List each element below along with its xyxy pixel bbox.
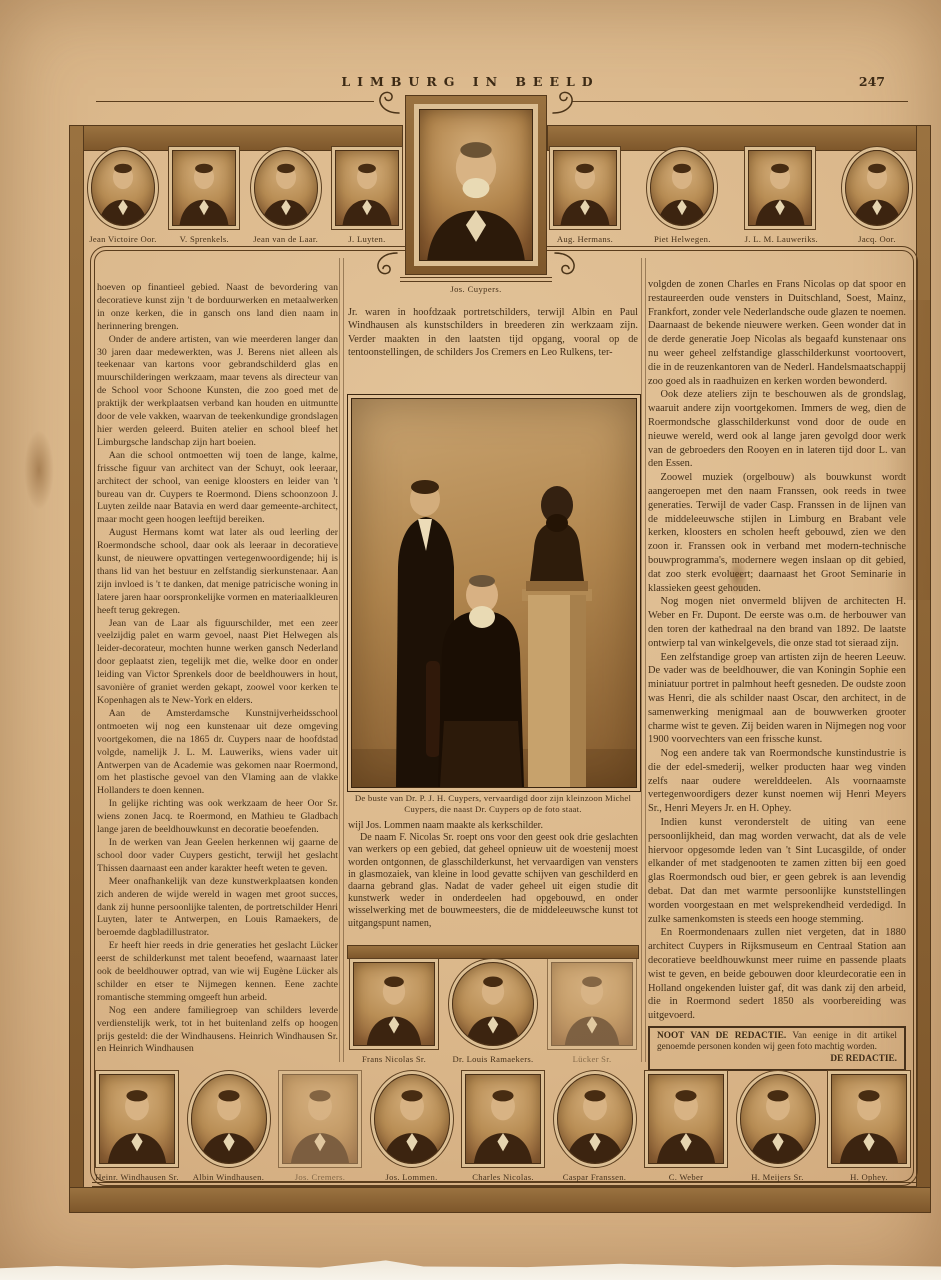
portrait-photo xyxy=(282,1074,358,1164)
paragraph: Ook deze ateliers zijn te beschouwen als… xyxy=(648,388,906,471)
portrait: Lücker Sr. xyxy=(548,962,636,1064)
article-column-left: hoeven op finantieel gebied. Naast de be… xyxy=(97,282,338,1060)
paragraph: Een zelfstandige groep van artisten zijn… xyxy=(648,651,906,748)
bust-photo xyxy=(351,398,637,788)
editorial-note-signature: DE REDACTIE. xyxy=(657,1054,897,1065)
portrait-photo xyxy=(172,150,236,226)
portrait: Jean Victoire Oor. xyxy=(88,150,158,244)
portrait-silhouette xyxy=(558,1081,632,1164)
portrait-silhouette xyxy=(552,968,632,1046)
portrait-photo xyxy=(553,150,617,226)
portrait-photo xyxy=(650,150,714,226)
portrait: Aug. Hermans. xyxy=(550,150,620,244)
portrait-caption: Dr. Louis Ramaekers. xyxy=(449,1054,537,1064)
portrait-silhouette xyxy=(255,156,317,226)
portrait: Frans Nicolas Sr. xyxy=(350,962,438,1064)
portrait-silhouette xyxy=(100,1081,174,1164)
editorial-note-text: NOOT VAN DE REDACTIE. Van eenige in dit … xyxy=(657,1031,897,1054)
portrait-caption: Jos. Lommen. xyxy=(370,1172,454,1182)
middle-gallery-bar xyxy=(348,946,638,958)
portrait-caption: Jean van de Laar. xyxy=(251,234,321,244)
portrait: H. Meijers Sr. xyxy=(736,1074,820,1182)
flourish-icon xyxy=(554,252,580,278)
portrait-caption: Jacq. Oor. xyxy=(842,234,912,244)
portrait-silhouette xyxy=(466,1081,540,1164)
paragraph: Aan de Amsterdamsche Kunstnijverheidssch… xyxy=(97,708,338,798)
frame-band-top-left xyxy=(70,126,402,150)
portrait-caption: Albin Windhausen. xyxy=(187,1172,271,1182)
portrait-photo xyxy=(551,962,633,1046)
portrait-photo xyxy=(740,1074,816,1164)
portrait: Charles Nicolas. xyxy=(461,1074,545,1182)
center-portrait-caption: Jos. Cuypers. xyxy=(396,284,556,294)
ornament-rule-right xyxy=(572,101,908,102)
portrait-caption: Lücker Sr. xyxy=(548,1054,636,1064)
portrait-photo xyxy=(748,150,812,226)
frame-band-top-right xyxy=(548,126,930,150)
flourish-icon xyxy=(374,88,400,114)
portrait-photo xyxy=(99,1074,175,1164)
portrait: Heinr. Windhausen Sr. xyxy=(95,1074,179,1182)
bust-photo-scene xyxy=(352,399,636,787)
flourish-icon xyxy=(372,252,398,278)
portrait: Jean van de Laar. xyxy=(251,150,321,244)
portrait-caption: H. Ophey. xyxy=(827,1172,911,1182)
paragraph: Aan die school ontmoetten wij toen de la… xyxy=(97,450,338,527)
portrait: J. L. M. Lauweriks. xyxy=(745,150,815,244)
portrait-photo xyxy=(254,150,318,226)
column-rule-left xyxy=(339,258,344,1062)
portrait: Piet Helwegen. xyxy=(647,150,717,244)
center-portrait-frame xyxy=(406,96,546,274)
portrait-caption: C. Weber xyxy=(644,1172,728,1182)
paragraph: Jean van de Laar als figuurschilder, met… xyxy=(97,618,338,708)
portrait-photo xyxy=(335,150,399,226)
top-gallery-left: Jean Victoire Oor. V. Sprenkels. xyxy=(88,150,402,244)
editorial-note-title: NOOT VAN DE REDACTIE. xyxy=(657,1031,786,1041)
center-caption-rule xyxy=(400,277,552,282)
paragraph: Nog mogen niet onvermeld blijven de arch… xyxy=(648,595,906,650)
ornament-rule-left xyxy=(96,101,374,102)
portrait-caption: Jos. Cremers. xyxy=(278,1172,362,1182)
portrait-photo xyxy=(831,1074,907,1164)
portrait-caption: Heinr. Windhausen Sr. xyxy=(95,1172,179,1182)
portrait-photo xyxy=(465,1074,541,1164)
portrait-silhouette xyxy=(420,118,532,261)
paragraph: In de werken van Jean Geelen herkennen w… xyxy=(97,837,338,876)
portrait-caption: Frans Nicolas Sr. xyxy=(350,1054,438,1064)
editorial-note: NOOT VAN DE REDACTIE. Van eenige in dit … xyxy=(648,1026,906,1071)
portrait: Dr. Louis Ramaekers. xyxy=(449,962,537,1064)
portrait-caption: H. Meijers Sr. xyxy=(736,1172,820,1182)
center-portrait-photo xyxy=(419,109,533,261)
bottom-double-rule xyxy=(92,1182,916,1187)
portrait-silhouette xyxy=(846,156,908,226)
portrait-silhouette xyxy=(354,968,434,1046)
portrait-silhouette xyxy=(375,1081,449,1164)
portrait: J. Luyten. xyxy=(332,150,402,244)
bottom-gallery: Heinr. Windhausen Sr. Albin Windhausen. xyxy=(95,1074,911,1182)
paragraph: Er heeft hier reeds in drie generaties h… xyxy=(97,940,338,1005)
portrait-caption: Piet Helwegen. xyxy=(647,234,717,244)
paragraph: hoeven op finantieel gebied. Naast de be… xyxy=(97,282,338,334)
portrait-caption: Aug. Hermans. xyxy=(550,234,620,244)
portrait-caption: J. Luyten. xyxy=(332,234,402,244)
portrait-silhouette xyxy=(554,156,616,226)
portrait: Jos. Cremers. xyxy=(278,1074,362,1182)
top-gallery-right: Aug. Hermans. Piet Helwegen. xyxy=(550,150,912,244)
paragraph: Nog een andere familiegroep van schilder… xyxy=(97,1005,338,1057)
frame-band-bottom xyxy=(70,1188,930,1212)
portrait: C. Weber xyxy=(644,1074,728,1182)
paragraph: Jr. waren in hoofdzaak portretschilders,… xyxy=(348,306,638,360)
portrait-photo xyxy=(374,1074,450,1164)
page-number: 247 xyxy=(859,74,885,89)
portrait-silhouette xyxy=(651,156,713,226)
paper-smudge xyxy=(24,430,54,510)
portrait-silhouette xyxy=(453,968,533,1046)
portrait: Jacq. Oor. xyxy=(842,150,912,244)
photo-caption: De buste van Dr. P. J. H. Cuypers, verva… xyxy=(346,793,640,815)
portrait-caption: J. L. M. Lauweriks. xyxy=(745,234,815,244)
paragraph: Meer onafhankelijk van deze kunstwerkpla… xyxy=(97,876,338,941)
article-column-right: volgden de zonen Charles en Frans Nicola… xyxy=(648,278,906,1022)
portrait-photo xyxy=(452,962,534,1046)
page-title: LIMBURG IN BEELD xyxy=(0,74,941,89)
portrait-silhouette xyxy=(283,1081,357,1164)
portrait-photo xyxy=(648,1074,724,1164)
portrait: H. Ophey. xyxy=(827,1074,911,1182)
portrait-silhouette xyxy=(649,1081,723,1164)
portrait-silhouette xyxy=(832,1081,906,1164)
middle-gallery: Frans Nicolas Sr. Dr. Louis Ramaekers. xyxy=(350,962,636,1064)
portrait-photo xyxy=(191,1074,267,1164)
portrait: V. Sprenkels. xyxy=(169,150,239,244)
paragraph: volgden de zonen Charles en Frans Nicola… xyxy=(648,278,906,388)
column-rule-right xyxy=(641,258,646,1062)
portrait: Jos. Lommen. xyxy=(370,1074,454,1182)
portrait-caption: Charles Nicolas. xyxy=(461,1172,545,1182)
portrait-caption: Caspar Franssen. xyxy=(553,1172,637,1182)
portrait-photo xyxy=(91,150,155,226)
portrait-silhouette xyxy=(192,1081,266,1164)
frame-band-side-right xyxy=(917,126,930,1212)
portrait-photo xyxy=(353,962,435,1046)
portrait-silhouette xyxy=(173,156,235,226)
paragraph: August Hermans komt wat later als oud le… xyxy=(97,527,338,617)
portrait-caption: Jean Victoire Oor. xyxy=(88,234,158,244)
flourish-icon xyxy=(552,88,578,114)
portrait-silhouette xyxy=(92,156,154,226)
paragraph: wijl Jos. Lommen naam maakte als kerksch… xyxy=(348,820,638,832)
paragraph: Nog een andere tak van Roermondsche kuns… xyxy=(648,747,906,816)
paragraph: Zoowel muziek (orgelbouw) als bouwkunst … xyxy=(648,471,906,595)
center-portrait-mat xyxy=(414,104,538,266)
paragraph: Indien kunst veronderstelt de uiting van… xyxy=(648,816,906,926)
paragraph: De naam F. Nicolas Sr. roept ons voor de… xyxy=(348,832,638,930)
portrait-silhouette xyxy=(749,156,811,226)
portrait-silhouette xyxy=(336,156,398,226)
paragraph: Onder de andere artisten, van wie meerde… xyxy=(97,334,338,450)
article-column-middle-top: Jr. waren in hoofdzaak portretschilders,… xyxy=(348,306,638,360)
portrait-silhouette xyxy=(741,1081,815,1164)
paragraph: In gelijke richting was ook werkzaam de … xyxy=(97,798,338,837)
scan-edge xyxy=(0,1252,941,1280)
portrait: Caspar Franssen. xyxy=(553,1074,637,1182)
portrait-photo xyxy=(845,150,909,226)
article-column-middle-bottom: wijl Jos. Lommen naam maakte als kerksch… xyxy=(348,820,638,944)
portrait-caption: V. Sprenkels. xyxy=(169,234,239,244)
magazine-page: LIMBURG IN BEELD 247 Jean Victoire Oor. xyxy=(0,0,941,1280)
frame-band-side-left xyxy=(70,126,83,1212)
paragraph: En Roermondenaars zullen niet vergeten, … xyxy=(648,926,906,1022)
portrait-photo xyxy=(557,1074,633,1164)
portrait: Albin Windhausen. xyxy=(187,1074,271,1182)
